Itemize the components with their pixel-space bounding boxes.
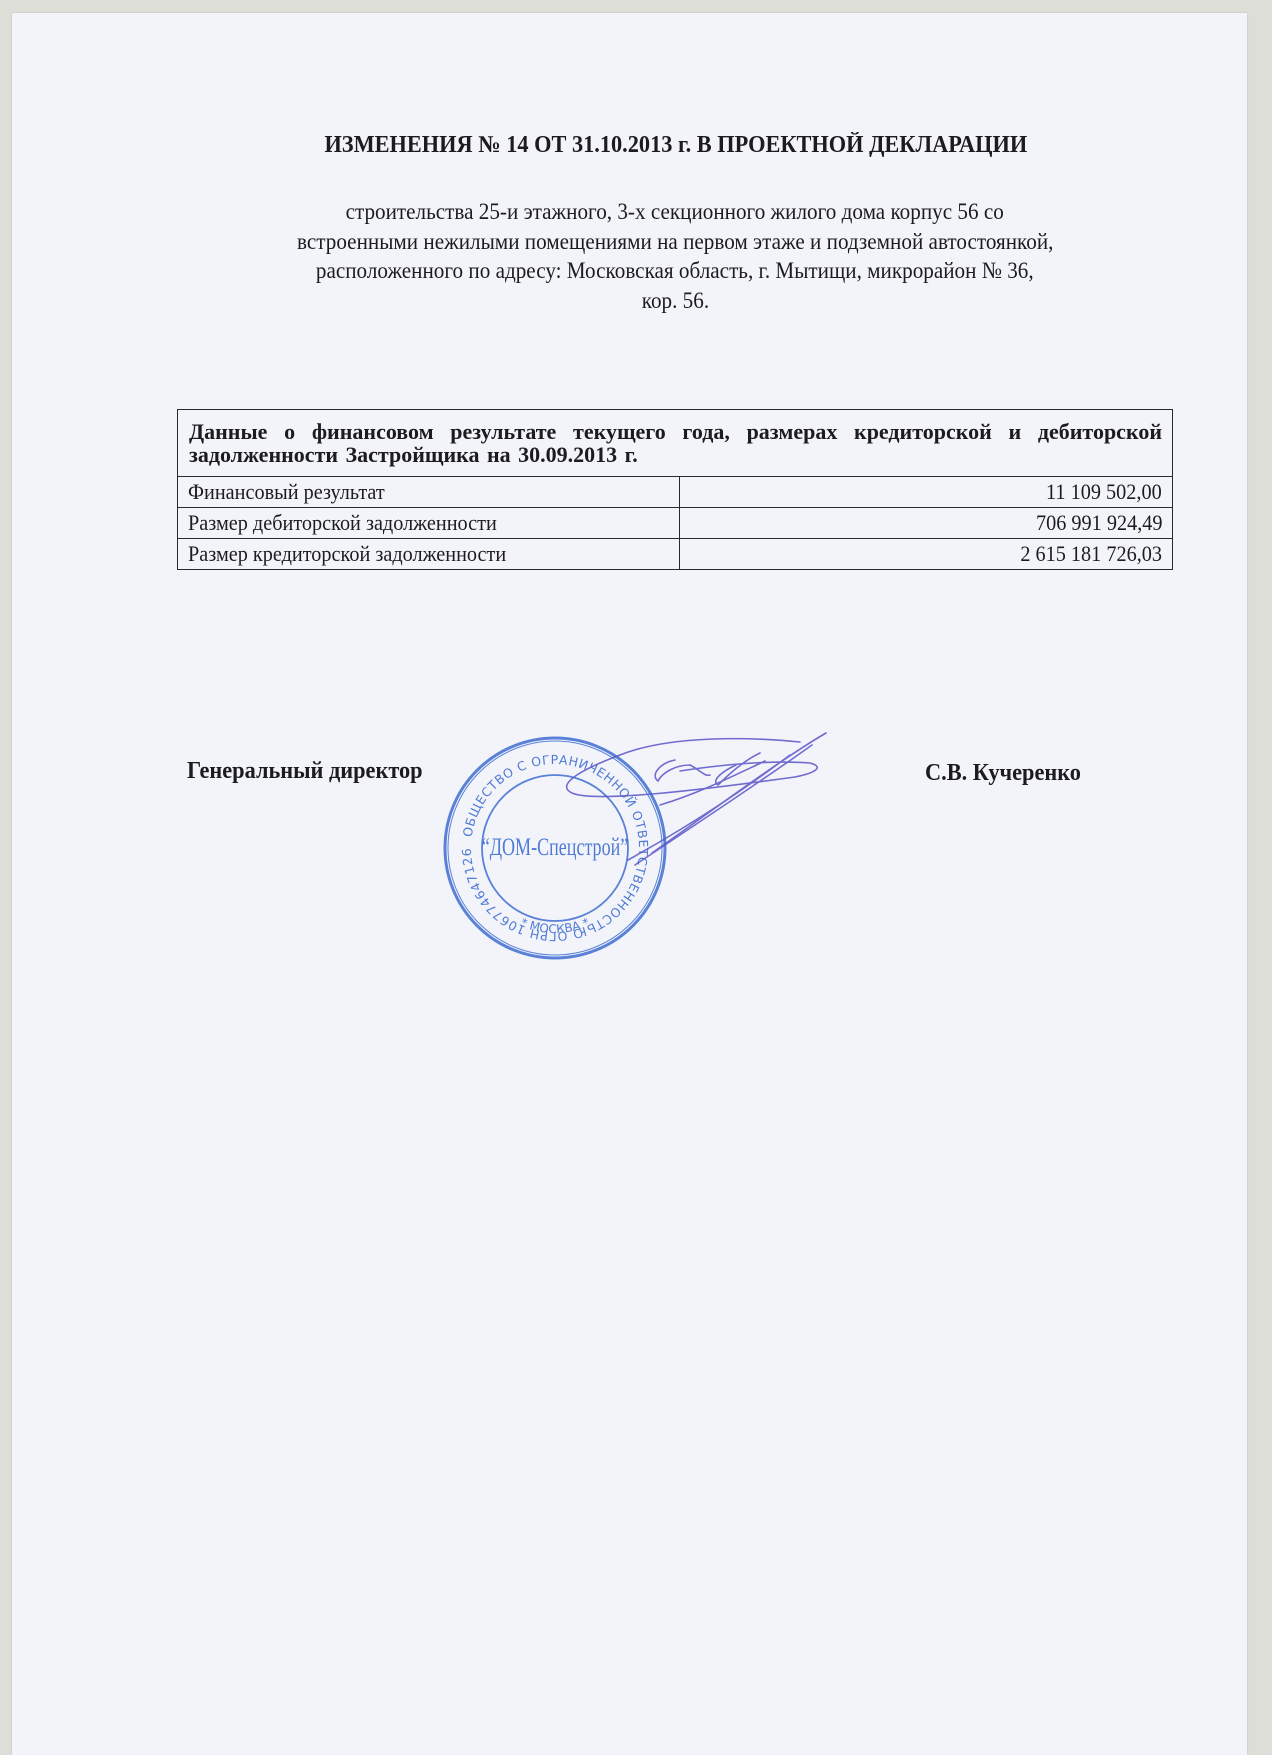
- document-subtitle: строительства 25-и этажного, 3-х секцион…: [180, 198, 1170, 317]
- row-label: Финансовый результат: [178, 477, 680, 508]
- table-row: Размер дебиторской задолженности 706 991…: [178, 508, 1173, 539]
- subtitle-line: строительства 25-и этажного, 3-х секцион…: [346, 198, 1004, 228]
- subtitle-line: встроенными нежилыми помещениями на перв…: [297, 228, 1053, 258]
- row-value-text: 706 991 924,49: [1036, 508, 1163, 538]
- row-label: Размер дебиторской задолженности: [178, 508, 680, 539]
- signatory-role: Генеральный директор: [187, 758, 440, 785]
- document-title-text: ИЗМЕНЕНИЯ № 14 ОТ 31.10.2013 г. В ПРОЕКТ…: [324, 131, 1027, 159]
- handwritten-signature-icon: [550, 715, 850, 875]
- table-header: Данные о финансовом результате текущего …: [178, 410, 1173, 477]
- financial-data-table: Данные о финансовом результате текущего …: [177, 409, 1173, 570]
- row-label-text: Размер кредиторской задолженности: [188, 539, 506, 569]
- document-title: ИЗМЕНЕНИЯ № 14 ОТ 31.10.2013 г. В ПРОЕКТ…: [248, 131, 1103, 159]
- subtitle-line: кор. 56.: [641, 287, 708, 317]
- table-row: Финансовый результат 11 109 502,00: [178, 477, 1173, 508]
- row-value: 706 991 924,49: [680, 508, 1173, 539]
- row-value: 11 109 502,00: [680, 477, 1173, 508]
- signatory-name: С.В. Кучеренко: [925, 760, 1093, 787]
- signatory-role-text: Генеральный директор: [187, 758, 423, 785]
- row-value: 2 615 181 726,03: [680, 539, 1173, 570]
- row-label-text: Финансовый результат: [188, 477, 385, 507]
- subtitle-line: расположенного по адресу: Московская обл…: [316, 257, 1034, 287]
- row-value-text: 2 615 181 726,03: [1020, 539, 1162, 569]
- row-label-text: Размер дебиторской задолженности: [188, 508, 497, 538]
- row-label: Размер кредиторской задолженности: [178, 539, 680, 570]
- signatory-name-text: С.В. Кучеренко: [925, 760, 1081, 787]
- table-header-row: Данные о финансовом результате текущего …: [178, 410, 1173, 477]
- table-row: Размер кредиторской задолженности 2 615 …: [178, 539, 1173, 570]
- row-value-text: 11 109 502,00: [1046, 477, 1162, 507]
